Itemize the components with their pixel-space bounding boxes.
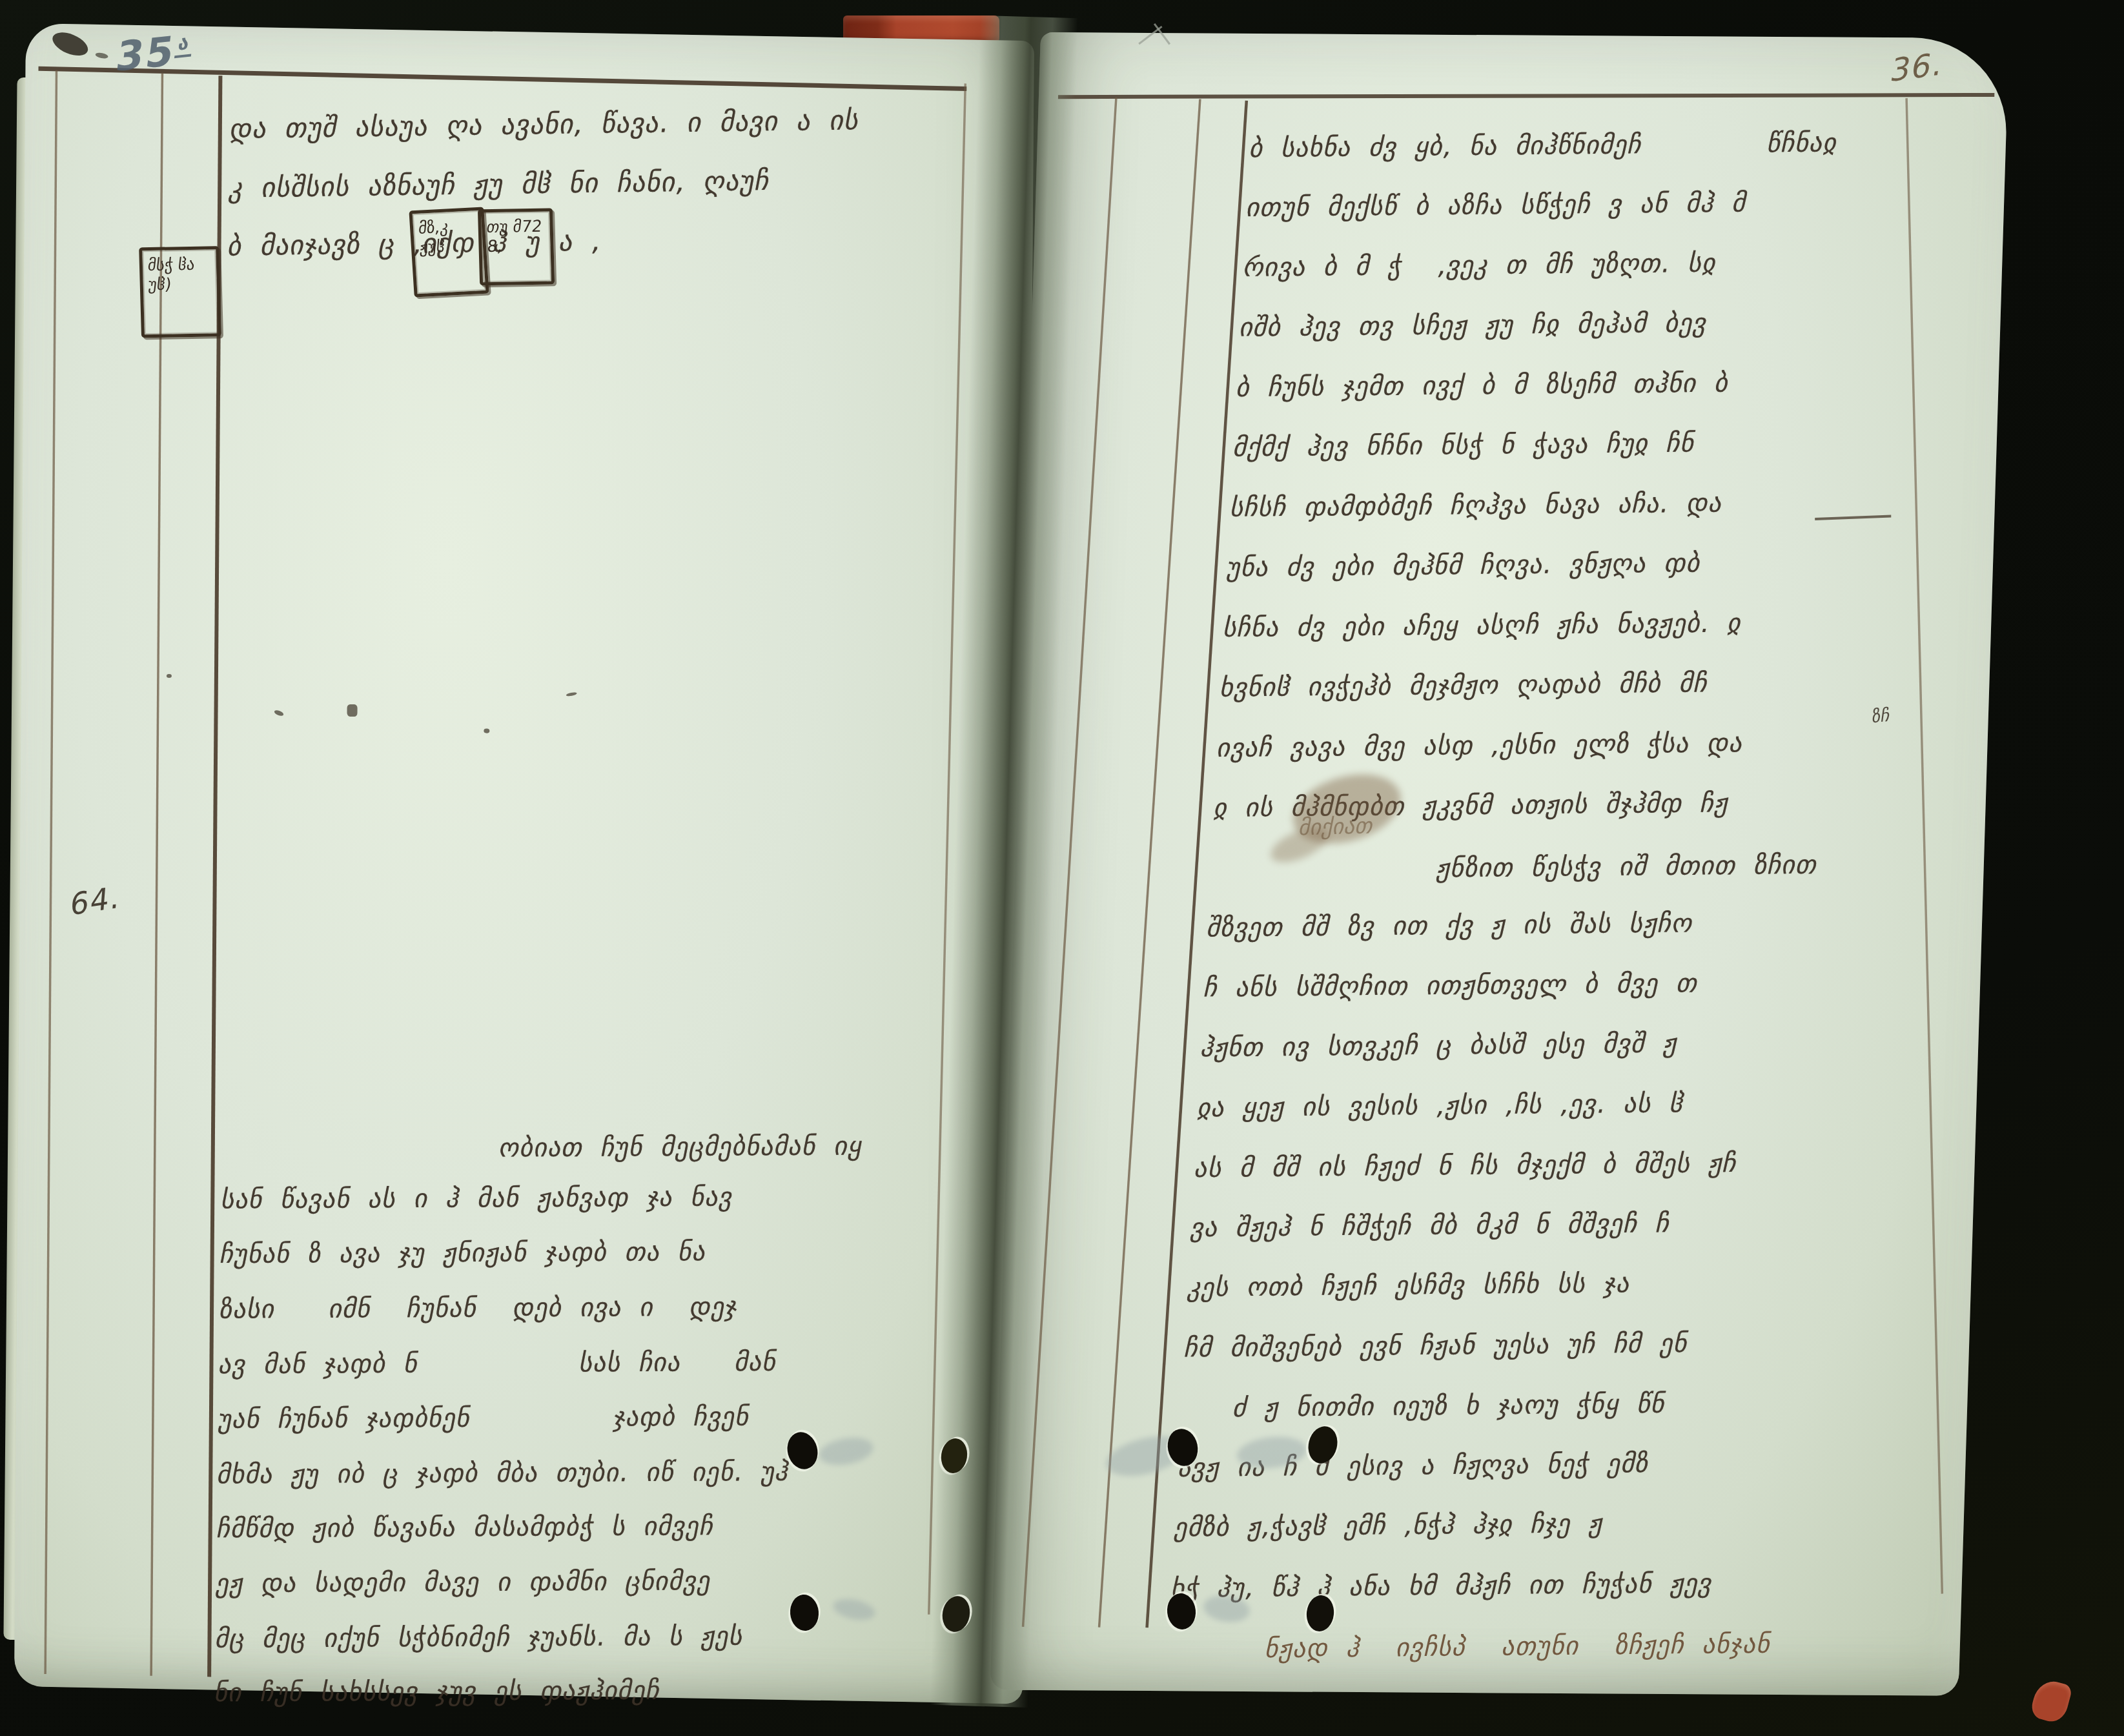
handwriting-line: ძ ჟ ნითმი იეუზ ხ ჯაოუ ჭნყ წნ	[1230, 1389, 1670, 1424]
handwriting-line: უნა ძვ ები მეჰნმ ჩღვა. ვნჟღა ჶბ	[1224, 548, 1704, 582]
stamp-box-middle: მზ,კ ჟუჱ	[409, 207, 489, 298]
handwriting-line: ემზბ ჟ,ჭავჱ ემჩ ,ნჭჰ ჰჯჲ ჩჯე ჟ	[1172, 1509, 1607, 1542]
handwriting-line: რივა ბ მ ჭ ,ვეკ თ მჩ უზღთ. სჲ	[1240, 249, 1720, 283]
margin-line-3	[1147, 100, 1247, 1628]
stamp-box-text: ჟუჱ	[419, 235, 480, 258]
handwriting-line: იშბ ჰევ თვ სჩეჟ ჟუ ჩჲ მეჰამ ბევ	[1237, 309, 1711, 343]
handwriting-line: ხვნიჱ ივჭეჰბ მეჯმჟო ღაჶაბ მჩბ მჩ	[1218, 668, 1712, 702]
handwriting-line: სჩსჩ ჶამჶბმეჩ ჩღჰვა ნავა აჩა. და	[1227, 488, 1726, 522]
handwriting-line: ჩმწმდ ჟიბ წავანა მასამჶბჭ ს იმვეჩ	[214, 1511, 717, 1544]
stamp-box-text: უჱ)	[147, 274, 214, 294]
margin-line-1	[45, 70, 56, 1674]
margin-line-1	[1023, 97, 1116, 1627]
handwriting-line: ავ მან ჯაჶბ ნ სას ჩია მან	[216, 1347, 781, 1380]
stamp-box-text: მსჭ ჱა	[147, 254, 213, 275]
ink-speck	[484, 729, 489, 733]
ink-speck	[347, 704, 357, 717]
stamp-box-text: 8,	[486, 236, 547, 256]
handwriting-line: ჟნზით წესჭვ იშ მთით ზჩით	[1434, 850, 1821, 884]
handwriting-line: შზვეთ მშ ზვ ით ქვ ჟ ის შას სჟჩო	[1205, 908, 1697, 943]
handwriting-line: ნი ჩუნ სახსსევ ჯუვ ეს ჶაჟჰიმეჩ	[212, 1676, 664, 1708]
superscript-note: ზჩ	[1871, 705, 1892, 727]
handwriting-line: მც მეც იქუნ სჭბნიმეჩ ჯუანს. მა ს ჟეს	[213, 1621, 747, 1653]
handwriting-line: ხჭ ჰუ, წჰ ჰ ანა ხმ მჰჟჩ ით ჩუჭან ჟევ	[1169, 1569, 1716, 1604]
ink-speck	[167, 674, 172, 678]
stamp-box-left: მსჭ ჱა უჱ)	[139, 246, 221, 338]
manuscript-scan: { "colors": { "background": "#0b0d09", "…	[0, 0, 2124, 1736]
right-margin-line	[929, 83, 966, 1615]
handwriting-line: ჲა ყეჟ ის ვესის ,ჟსი ,ჩს ,ევ. ას ჱ	[1195, 1088, 1688, 1123]
handwriting-line: უან ჩუნან ჯაჶბნენ ჯაჶბ ჩვენ	[216, 1402, 753, 1435]
handwriting-line: ზასი იმნ ჩუნან დებ ივა ი დეჯ	[217, 1292, 740, 1324]
stamp-box-text: თუ მ72	[485, 216, 547, 237]
top-rule	[1058, 89, 1994, 103]
handwriting-line: ითუნ მექსწ ბ აზჩა სწჭეჩ ვ ან მჰ მ	[1243, 189, 1750, 223]
stamp-box-text: მზ,კ	[418, 216, 478, 238]
handwriting-line: სან წავან ას ი ჰ მან ჟანვაჶ ჯა ნავ	[218, 1182, 736, 1214]
margin-line-2	[1099, 99, 1200, 1628]
handwriting-line: ჰჟნთ ივ სთვკეჩ ც ბასშ ესე მვშ ჟ	[1198, 1028, 1682, 1063]
handwriting-line: ობიათ ჩუნ მეცმებნამან იყ	[496, 1131, 866, 1163]
stamp-box-right: თუ მ72 8,	[478, 208, 555, 285]
left-page: 35ა და თუშ ასაუა ღა ავანი, წავა. ი მავი …	[14, 23, 1034, 1704]
binding-cloth-bottom	[2029, 1677, 2073, 1725]
handwriting-line: კეს ოთბ ჩჟეჩ ესჩმვ სჩჩხ სს ჯა	[1185, 1269, 1635, 1303]
handwriting-line: ეჟ და სადემი მავე ი ჶამნი ცნიმვე	[214, 1566, 715, 1598]
handwriting-line: ას მ მშ ის ჩჟეძ ნ ჩს მჯექმ ბ მშეს ჟჩ	[1192, 1149, 1741, 1183]
page-number-left: 35ა	[113, 25, 195, 81]
handwriting-line: ნჟად ჰ ივჩსპ ათუნი ზჩჟეჩ ანჯან	[1262, 1629, 1775, 1664]
handwriting-line: ბ ჩუნს ჯემთ ივქ ბ მ ზსეჩმ თჰნი ბ	[1234, 368, 1733, 402]
handwriting-line: სჩნა ძვ ები აჩეყ ასღჩ ჟჩა ნავჟებ. ჲ	[1221, 608, 1746, 643]
handwriting-line: ჩ ანს სშმღჩით ითჟნთველ ბ მვე თ	[1201, 968, 1702, 1003]
handwriting-line: მქმქ ჰევ ნჩნი ნსჭ ნ ჭავა ჩუჲ ჩნ	[1230, 429, 1699, 463]
handwriting-line: ჲ ის მჰმნჶბთ ჟკვნმ ათჟის შჯჰმჶ ჩჟ	[1211, 788, 1733, 823]
handwriting-line: ივაჩ ვავა მვე ასჶ ,ესნი ელზ ჭსა და	[1214, 728, 1747, 763]
handwriting-line: ვა შჟეჰ ნ ჩშჭეჩ მბ მკმ ნ მშვეჩ ჩ	[1189, 1209, 1675, 1243]
right-margin-line	[1861, 98, 1988, 1593]
handwriting-line: ჩუნან ზ ავა ჯუ ჟნიჟან ჯაჶბ თა ნა	[218, 1237, 710, 1269]
handwriting-line: ბ სახნა ძვ ყბ, ნა მიჰწნიმეჩ წჩნაჲ	[1247, 128, 1841, 163]
handwriting-line: ჩმ მიშვენებ ევნ ჩჟან უესა უჩ ჩმ ენ	[1182, 1329, 1692, 1363]
faded-word: მიქიათ	[1296, 813, 1376, 841]
handwriting-line: მხმა ჟუ იბ ც ჯაჶბ მბა თუბი. იწ იენ. უჰ	[215, 1457, 793, 1490]
